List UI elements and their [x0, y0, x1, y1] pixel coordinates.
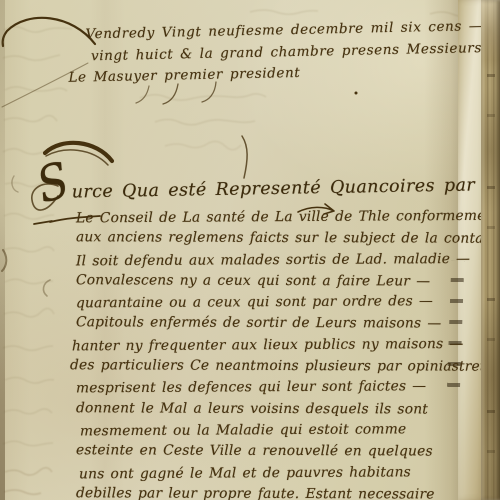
- manuscript-body: Le Conseil de La santé de La ville de Th…: [76, 207, 500, 500]
- body-line: donnent le Mal a leurs voisins desquels …: [76, 398, 500, 421]
- heading-text: urce Qua esté Representé Quancoires par …: [72, 175, 500, 203]
- body-line: des particuliers Ce neantmoins plusieurs…: [70, 355, 500, 378]
- body-line: Capitouls enfermés de sortir de Leurs ma…: [76, 313, 500, 336]
- body-line: mesmement ou la Maladie qui estoit comme: [80, 419, 500, 443]
- body-line: aux anciens reglemens faicts sur le subj…: [76, 228, 500, 251]
- manuscript-page: Vendredy Vingt neufiesme decembre mil si…: [0, 0, 500, 500]
- body-line: debilles par leur propre faute. Estant n…: [76, 483, 500, 500]
- body-line: mesprisent les defences qui leur sont fa…: [76, 376, 500, 400]
- body-line: Convalescens ny a ceux qui sont a faire …: [76, 270, 500, 293]
- manuscript-header: Vendredy Vingt neufiesme decembre mil si…: [85, 16, 500, 89]
- body-line: hanter ny frequenter aux lieux publics n…: [72, 333, 500, 357]
- body-line: uns ont gagné le Mal et de pauvres habit…: [79, 461, 500, 485]
- left-page-edge-shadow: [0, 0, 5, 500]
- heading-initial: S: [31, 152, 75, 215]
- body-line: esteinte en Ceste Ville a renouvellé en …: [76, 440, 500, 463]
- manuscript-heading: Surce Qua esté Representé Quancoires par…: [38, 150, 500, 209]
- body-line: Le Conseil de La santé de La ville de Th…: [76, 206, 500, 230]
- body-line: Il soit defendu aux malades sortis de La…: [76, 248, 500, 272]
- manuscript-text: Vendredy Vingt neufiesme decembre mil si…: [0, 0, 500, 500]
- body-line: quarantaine ou a ceux qui sont par ordre…: [76, 291, 500, 315]
- fore-edge-ink-ticks: [487, 40, 495, 480]
